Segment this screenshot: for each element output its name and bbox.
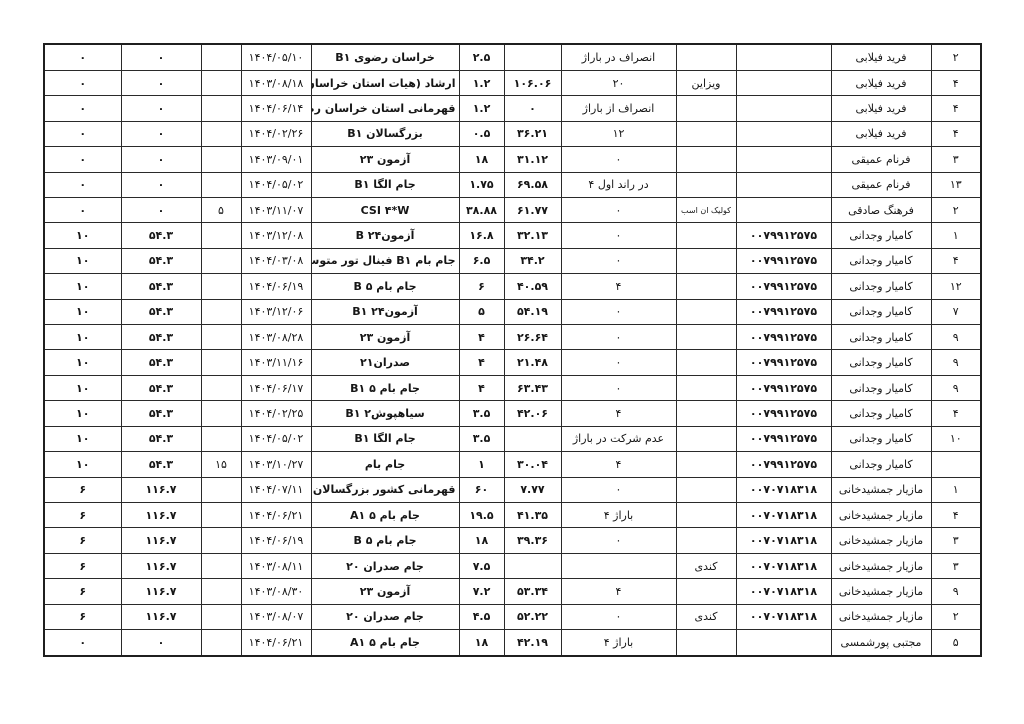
cell-num2: ۵۴.۱۹ (504, 299, 561, 324)
cell-num2: ۳۱.۱۲ (504, 147, 561, 172)
cell-no: ۷ (931, 299, 981, 324)
cell-no: ۴ (931, 96, 981, 121)
cell-code: ۰۰۷۹۹۱۲۵۷۵ (736, 223, 831, 248)
cell-event: جام بام ۵ A۱ (311, 503, 459, 528)
cell-event: جام بام B۱ فینال تور متوسط (311, 248, 459, 273)
cell-extra (201, 553, 241, 578)
table-row: ۳فرنام عمیقی۰۳۱.۱۲۱۸آزمون ۲۳۱۴۰۳/۰۹/۰۱۰۰ (44, 147, 981, 172)
cell-event: جام صدران ۲۰ (311, 604, 459, 629)
cell-num1: ۴ (459, 325, 504, 350)
table-row: ۲فرهنگ صادقیکولیک ان اسب۰۶۱.۷۷۳۸.۸۸CSI ۴… (44, 197, 981, 222)
cell-code: ۰۰۷۰۷۱۸۳۱۸ (736, 579, 831, 604)
table-row: ۴کامیار وجدانی۰۰۷۹۹۱۲۵۷۵۴۴۲.۰۶۳.۵سیاهپوش… (44, 401, 981, 426)
cell-val2: ۵۴.۳ (121, 350, 201, 375)
cell-date: ۱۴۰۴/۰۲/۲۵ (241, 401, 311, 426)
cell-date: ۱۴۰۳/۰۸/۱۸ (241, 70, 311, 95)
cell-num1: ۵ (459, 299, 504, 324)
cell-extra (201, 70, 241, 95)
cell-val1: ۱۰ (44, 299, 121, 324)
table-row: ۷کامیار وجدانی۰۰۷۹۹۱۲۵۷۵۰۵۴.۱۹۵آزمون۲۴ B… (44, 299, 981, 324)
cell-num2: ۳۹.۳۶ (504, 528, 561, 553)
cell-val1: ۱۰ (44, 426, 121, 451)
cell-num1: ۳.۵ (459, 426, 504, 451)
cell-no: ۳ (931, 528, 981, 553)
cell-status: ۴ (561, 452, 676, 477)
cell-val1: ۶ (44, 477, 121, 502)
cell-num2 (504, 426, 561, 451)
cell-extra (201, 350, 241, 375)
cell-date: ۱۴۰۳/۰۸/۰۷ (241, 604, 311, 629)
cell-event: خراسان رضوی B۱ (311, 44, 459, 70)
cell-num2: ۲۶.۶۴ (504, 325, 561, 350)
cell-code: ۰۰۷۰۷۱۸۳۱۸ (736, 604, 831, 629)
cell-no: ۴ (931, 503, 981, 528)
cell-name: مازیار جمشیدخانی (831, 477, 931, 502)
cell-val2: ۰ (121, 70, 201, 95)
cell-horse (676, 503, 736, 528)
cell-val1: ۱۰ (44, 401, 121, 426)
cell-val2: ۰ (121, 96, 201, 121)
cell-no: ۴ (931, 248, 981, 273)
cell-date: ۱۴۰۴/۰۶/۲۱ (241, 503, 311, 528)
cell-val2: ۵۴.۳ (121, 426, 201, 451)
cell-status: ۰ (561, 604, 676, 629)
cell-no: ۲ (931, 44, 981, 70)
cell-val2: ۵۴.۳ (121, 452, 201, 477)
cell-num1: ۴ (459, 350, 504, 375)
cell-extra (201, 375, 241, 400)
cell-code: ۰۰۷۰۷۱۸۳۱۸ (736, 553, 831, 578)
cell-status: عدم شرکت در باراژ (561, 426, 676, 451)
cell-num1: ۱۶.۸ (459, 223, 504, 248)
cell-extra (201, 274, 241, 299)
cell-name: مازیار جمشیدخانی (831, 553, 931, 578)
cell-name: مجتبی پورشمسی (831, 630, 931, 656)
cell-date: ۱۴۰۳/۰۸/۲۸ (241, 325, 311, 350)
cell-code: ۰۰۷۹۹۱۲۵۷۵ (736, 299, 831, 324)
cell-status: ۲۰ (561, 70, 676, 95)
cell-val2: ۱۱۶.۷ (121, 477, 201, 502)
cell-horse (676, 248, 736, 273)
cell-name: کامیار وجدانی (831, 299, 931, 324)
cell-num2: ۳۶.۲۱ (504, 121, 561, 146)
cell-num1: ۶ (459, 274, 504, 299)
cell-val1: ۶ (44, 503, 121, 528)
cell-horse (676, 96, 736, 121)
cell-date: ۱۴۰۴/۰۶/۱۹ (241, 528, 311, 553)
cell-val2: ۵۴.۳ (121, 274, 201, 299)
cell-num1: ۴.۵ (459, 604, 504, 629)
table-row: ۵مجتبی پورشمسیباراژ ۴۴۲.۱۹۱۸جام بام ۵ A۱… (44, 630, 981, 656)
cell-date: ۱۴۰۴/۰۲/۲۶ (241, 121, 311, 146)
cell-date: ۱۴۰۴/۰۶/۱۴ (241, 96, 311, 121)
cell-val2: ۵۴.۳ (121, 299, 201, 324)
table-row: ۴فرید فیلابی۱۲۳۶.۲۱۰.۵بزرگسالان B۱۱۴۰۴/۰… (44, 121, 981, 146)
cell-val2: ۵۴.۳ (121, 248, 201, 273)
cell-code: ۰۰۷۹۹۱۲۵۷۵ (736, 274, 831, 299)
table-row: ۹کامیار وجدانی۰۰۷۹۹۱۲۵۷۵۰۲۶.۶۴۴آزمون ۲۳۱… (44, 325, 981, 350)
cell-no: ۳ (931, 553, 981, 578)
cell-no (931, 452, 981, 477)
cell-status: ۴ (561, 401, 676, 426)
cell-horse (676, 401, 736, 426)
cell-extra (201, 121, 241, 146)
cell-val2: ۰ (121, 44, 201, 70)
results-table-body: ۲فرید فیلابیانصراف در باراژ۲.۵خراسان رضو… (44, 44, 981, 656)
cell-no: ۱ (931, 223, 981, 248)
cell-val1: ۰ (44, 70, 121, 95)
cell-val2: ۱۱۶.۷ (121, 528, 201, 553)
cell-extra (201, 630, 241, 656)
cell-extra (201, 248, 241, 273)
cell-horse (676, 350, 736, 375)
cell-num1: ۱۹.۵ (459, 503, 504, 528)
cell-code: ۰۰۷۹۹۱۲۵۷۵ (736, 426, 831, 451)
cell-num2 (504, 44, 561, 70)
cell-horse (676, 274, 736, 299)
cell-num2: ۴۲.۰۶ (504, 401, 561, 426)
cell-event: قهرمانی کشور بزرگسالان رده A (311, 477, 459, 502)
cell-name: مازیار جمشیدخانی (831, 503, 931, 528)
cell-date: ۱۴۰۴/۰۵/۱۰ (241, 44, 311, 70)
cell-name: فرنام عمیقی (831, 172, 931, 197)
cell-date: ۱۴۰۳/۰۹/۰۱ (241, 147, 311, 172)
cell-code (736, 147, 831, 172)
cell-num2: ۱۰۶.۰۶ (504, 70, 561, 95)
cell-no: ۲ (931, 197, 981, 222)
cell-horse (676, 375, 736, 400)
cell-no: ۱۲ (931, 274, 981, 299)
table-row: ۹کامیار وجدانی۰۰۷۹۹۱۲۵۷۵۰۲۱.۴۸۴صدران۲۱۱۴… (44, 350, 981, 375)
cell-event: بزرگسالان B۱ (311, 121, 459, 146)
cell-event: جام بام ۵ B (311, 528, 459, 553)
cell-horse (676, 121, 736, 146)
cell-name: کامیار وجدانی (831, 452, 931, 477)
document-page: ۲فرید فیلابیانصراف در باراژ۲.۵خراسان رضو… (0, 0, 1024, 724)
cell-name: کامیار وجدانی (831, 350, 931, 375)
cell-val2: ۵۴.۳ (121, 401, 201, 426)
cell-name: فرید فیلابی (831, 96, 931, 121)
cell-extra (201, 223, 241, 248)
table-row: ۴فرید فیلابیانصراف از باراژ۰۱.۲قهرمانی ا… (44, 96, 981, 121)
table-row: ۹کامیار وجدانی۰۰۷۹۹۱۲۵۷۵۰۶۳.۴۳۴جام بام ۵… (44, 375, 981, 400)
cell-date: ۱۴۰۴/۰۵/۰۲ (241, 426, 311, 451)
cell-status: انصراف در باراژ (561, 44, 676, 70)
cell-code: ۰۰۷۰۷۱۸۳۱۸ (736, 477, 831, 502)
cell-status: ۰ (561, 528, 676, 553)
cell-num2: ۳۴.۲ (504, 248, 561, 273)
cell-val1: ۱۰ (44, 223, 121, 248)
table-row: کامیار وجدانی۰۰۷۹۹۱۲۵۷۵۴۳۰.۰۴۱جام بام۱۴۰… (44, 452, 981, 477)
cell-name: فرید فیلابی (831, 70, 931, 95)
cell-extra (201, 299, 241, 324)
cell-code: ۰۰۷۰۷۱۸۳۱۸ (736, 503, 831, 528)
cell-no: ۹ (931, 350, 981, 375)
cell-val2: ۱۱۶.۷ (121, 579, 201, 604)
cell-num2: ۲۱.۴۸ (504, 350, 561, 375)
cell-horse (676, 426, 736, 451)
cell-num2: ۶۱.۷۷ (504, 197, 561, 222)
cell-no: ۹ (931, 375, 981, 400)
cell-event: جام الگا B۱ (311, 172, 459, 197)
cell-name: کامیار وجدانی (831, 401, 931, 426)
cell-horse (676, 44, 736, 70)
cell-name: مازیار جمشیدخانی (831, 604, 931, 629)
cell-extra (201, 401, 241, 426)
cell-event: قهرمانی استان خراسان رضوی B (311, 96, 459, 121)
cell-event: جام صدران ۲۰ (311, 553, 459, 578)
cell-horse (676, 630, 736, 656)
cell-extra: ۱۵ (201, 452, 241, 477)
cell-horse (676, 147, 736, 172)
cell-no: ۱ (931, 477, 981, 502)
cell-num1: ۱۸ (459, 528, 504, 553)
cell-extra (201, 503, 241, 528)
cell-val1: ۰ (44, 172, 121, 197)
cell-status: ۴ (561, 274, 676, 299)
cell-num1: ۱۸ (459, 147, 504, 172)
cell-horse: کندی (676, 604, 736, 629)
table-row: ۱۰کامیار وجدانی۰۰۷۹۹۱۲۵۷۵عدم شرکت در بار… (44, 426, 981, 451)
cell-code: ۰۰۷۹۹۱۲۵۷۵ (736, 452, 831, 477)
cell-val2: ۰ (121, 147, 201, 172)
cell-event: جام بام (311, 452, 459, 477)
cell-num1: ۱.۲ (459, 70, 504, 95)
cell-val2: ۵۴.۳ (121, 375, 201, 400)
cell-num1: ۴ (459, 375, 504, 400)
cell-code: ۰۰۷۹۹۱۲۵۷۵ (736, 325, 831, 350)
cell-event: جام بام ۵ A۱ (311, 630, 459, 656)
cell-code (736, 197, 831, 222)
cell-no: ۹ (931, 579, 981, 604)
cell-num2: ۳۰.۰۴ (504, 452, 561, 477)
table-row: ۴مازیار جمشیدخانی۰۰۷۰۷۱۸۳۱۸باراژ ۴۴۱.۳۵۱… (44, 503, 981, 528)
cell-date: ۱۴۰۳/۰۸/۱۱ (241, 553, 311, 578)
cell-status: ۰ (561, 299, 676, 324)
cell-val1: ۶ (44, 604, 121, 629)
cell-num1: ۱.۲ (459, 96, 504, 121)
cell-val2: ۱۱۶.۷ (121, 553, 201, 578)
results-table: ۲فرید فیلابیانصراف در باراژ۲.۵خراسان رضو… (43, 43, 982, 657)
cell-date: ۱۴۰۴/۰۷/۱۱ (241, 477, 311, 502)
cell-horse (676, 477, 736, 502)
cell-code (736, 630, 831, 656)
cell-name: کامیار وجدانی (831, 274, 931, 299)
cell-extra (201, 147, 241, 172)
cell-status: انصراف از باراژ (561, 96, 676, 121)
cell-code (736, 44, 831, 70)
cell-val1: ۶ (44, 528, 121, 553)
cell-code: ۰۰۷۹۹۱۲۵۷۵ (736, 401, 831, 426)
cell-date: ۱۴۰۴/۰۶/۱۹ (241, 274, 311, 299)
cell-code (736, 96, 831, 121)
cell-horse (676, 528, 736, 553)
cell-no: ۱۰ (931, 426, 981, 451)
cell-date: ۱۴۰۴/۰۶/۱۷ (241, 375, 311, 400)
table-row: ۳مازیار جمشیدخانی۰۰۷۰۷۱۸۳۱۸۰۳۹.۳۶۱۸جام ب… (44, 528, 981, 553)
cell-val1: ۶ (44, 579, 121, 604)
cell-num2: ۷.۷۷ (504, 477, 561, 502)
cell-num2: ۴۲.۱۹ (504, 630, 561, 656)
cell-name: مازیار جمشیدخانی (831, 528, 931, 553)
cell-event: سیاهپوش۲ B۱ (311, 401, 459, 426)
cell-num2: ۳۲.۱۳ (504, 223, 561, 248)
table-row: ۳مازیار جمشیدخانی۰۰۷۰۷۱۸۳۱۸کندی۷.۵جام صد… (44, 553, 981, 578)
cell-num2: ۰ (504, 96, 561, 121)
cell-name: کامیار وجدانی (831, 325, 931, 350)
cell-val2: ۰ (121, 197, 201, 222)
cell-date: ۱۴۰۴/۰۳/۰۸ (241, 248, 311, 273)
cell-num2: ۴۰.۵۹ (504, 274, 561, 299)
cell-status: ۴ (561, 579, 676, 604)
cell-num1: ۱ (459, 452, 504, 477)
cell-horse: کندی (676, 553, 736, 578)
cell-name: فرهنگ صادقی (831, 197, 931, 222)
cell-horse (676, 325, 736, 350)
cell-val1: ۱۰ (44, 248, 121, 273)
cell-code: ۰۰۷۹۹۱۲۵۷۵ (736, 350, 831, 375)
cell-status: ۰ (561, 223, 676, 248)
table-row: ۲مازیار جمشیدخانی۰۰۷۰۷۱۸۳۱۸کندی۰۵۲.۲۲۴.۵… (44, 604, 981, 629)
cell-val1: ۰ (44, 44, 121, 70)
cell-name: کامیار وجدانی (831, 248, 931, 273)
cell-status: ۰ (561, 325, 676, 350)
cell-name: کامیار وجدانی (831, 375, 931, 400)
cell-extra (201, 44, 241, 70)
cell-event: CSI ۴*W (311, 197, 459, 222)
cell-no: ۲ (931, 604, 981, 629)
cell-no: ۳ (931, 147, 981, 172)
cell-event: آزمون۲۴ B۱ (311, 299, 459, 324)
cell-date: ۱۴۰۳/۱۲/۰۸ (241, 223, 311, 248)
cell-horse (676, 579, 736, 604)
cell-no: ۴ (931, 70, 981, 95)
cell-extra (201, 96, 241, 121)
cell-num1: ۳.۵ (459, 401, 504, 426)
cell-val2: ۵۴.۳ (121, 325, 201, 350)
cell-name: مازیار جمشیدخانی (831, 579, 931, 604)
cell-no: ۴ (931, 401, 981, 426)
cell-val1: ۰ (44, 197, 121, 222)
cell-status: در راند اول ۴ (561, 172, 676, 197)
cell-val1: ۰ (44, 147, 121, 172)
cell-horse (676, 223, 736, 248)
cell-num2: ۶۳.۴۳ (504, 375, 561, 400)
cell-event: جام الگا B۱ (311, 426, 459, 451)
cell-num2: ۴۱.۳۵ (504, 503, 561, 528)
cell-extra (201, 426, 241, 451)
cell-no: ۱۳ (931, 172, 981, 197)
cell-num1: ۷.۵ (459, 553, 504, 578)
cell-code: ۰۰۷۰۷۱۸۳۱۸ (736, 528, 831, 553)
table-row: ۱۳فرنام عمیقیدر راند اول ۴۶۹.۵۸۱.۷۵جام ا… (44, 172, 981, 197)
cell-num1: ۲.۵ (459, 44, 504, 70)
cell-event: جام بام ۵ B۱ (311, 375, 459, 400)
cell-num1: ۱.۷۵ (459, 172, 504, 197)
cell-val1: ۶ (44, 553, 121, 578)
table-row: ۱مازیار جمشیدخانی۰۰۷۰۷۱۸۳۱۸۰۷.۷۷۶۰قهرمان… (44, 477, 981, 502)
table-row: ۱کامیار وجدانی۰۰۷۹۹۱۲۵۷۵۰۳۲.۱۳۱۶.۸آزمون۲… (44, 223, 981, 248)
cell-val2: ۰ (121, 121, 201, 146)
cell-horse: ویزاین (676, 70, 736, 95)
cell-val2: ۱۱۶.۷ (121, 503, 201, 528)
cell-date: ۱۴۰۳/۱۱/۰۷ (241, 197, 311, 222)
cell-val2: ۰ (121, 630, 201, 656)
cell-extra (201, 172, 241, 197)
cell-extra (201, 579, 241, 604)
cell-event: صدران۲۱ (311, 350, 459, 375)
cell-code (736, 172, 831, 197)
cell-horse (676, 299, 736, 324)
table-row: ۲فرید فیلابیانصراف در باراژ۲.۵خراسان رضو… (44, 44, 981, 70)
cell-status: ۰ (561, 147, 676, 172)
cell-event: آزمون ۲۳ (311, 579, 459, 604)
cell-code: ۰۰۷۹۹۱۲۵۷۵ (736, 375, 831, 400)
cell-date: ۱۴۰۳/۱۰/۲۷ (241, 452, 311, 477)
cell-code: ۰۰۷۹۹۱۲۵۷۵ (736, 248, 831, 273)
cell-val1: ۱۰ (44, 452, 121, 477)
cell-val2: ۰ (121, 172, 201, 197)
cell-no: ۹ (931, 325, 981, 350)
cell-event: آزمون ۲۳ (311, 325, 459, 350)
cell-num1: ۶.۵ (459, 248, 504, 273)
cell-name: فرنام عمیقی (831, 147, 931, 172)
cell-name: کامیار وجدانی (831, 223, 931, 248)
cell-extra (201, 477, 241, 502)
cell-event: ارشاد (هیات استان خراسان رضوی) (311, 70, 459, 95)
cell-num1: ۳۸.۸۸ (459, 197, 504, 222)
cell-horse (676, 172, 736, 197)
cell-num2 (504, 553, 561, 578)
cell-num2: ۵۲.۲۲ (504, 604, 561, 629)
cell-val1: ۰ (44, 630, 121, 656)
cell-status: باراژ ۴ (561, 630, 676, 656)
cell-date: ۱۴۰۳/۱۱/۱۶ (241, 350, 311, 375)
cell-num1: ۱۸ (459, 630, 504, 656)
cell-num2: ۶۹.۵۸ (504, 172, 561, 197)
cell-no: ۴ (931, 121, 981, 146)
cell-val1: ۱۰ (44, 375, 121, 400)
cell-num2: ۵۳.۳۴ (504, 579, 561, 604)
cell-status: ۰ (561, 477, 676, 502)
cell-status (561, 553, 676, 578)
cell-num1: ۶۰ (459, 477, 504, 502)
cell-extra: ۵ (201, 197, 241, 222)
cell-name: فرید فیلابی (831, 121, 931, 146)
cell-event: جام بام ۵ B (311, 274, 459, 299)
cell-date: ۱۴۰۴/۰۵/۰۲ (241, 172, 311, 197)
cell-code (736, 70, 831, 95)
cell-extra (201, 604, 241, 629)
cell-extra (201, 325, 241, 350)
cell-val1: ۰ (44, 96, 121, 121)
cell-val1: ۱۰ (44, 350, 121, 375)
cell-horse: کولیک ان اسب (676, 197, 736, 222)
cell-val1: ۱۰ (44, 274, 121, 299)
cell-no: ۵ (931, 630, 981, 656)
table-row: ۹مازیار جمشیدخانی۰۰۷۰۷۱۸۳۱۸۴۵۳.۳۴۷.۲آزمو… (44, 579, 981, 604)
cell-status: ۰ (561, 375, 676, 400)
cell-val1: ۱۰ (44, 325, 121, 350)
cell-name: کامیار وجدانی (831, 426, 931, 451)
cell-status: باراژ ۴ (561, 503, 676, 528)
cell-date: ۱۴۰۴/۰۶/۲۱ (241, 630, 311, 656)
table-row: ۴فرید فیلابیویزاین۲۰۱۰۶.۰۶۱.۲ارشاد (هیات… (44, 70, 981, 95)
cell-num1: ۰.۵ (459, 121, 504, 146)
cell-name: فرید فیلابی (831, 44, 931, 70)
cell-status: ۱۲ (561, 121, 676, 146)
cell-val2: ۱۱۶.۷ (121, 604, 201, 629)
